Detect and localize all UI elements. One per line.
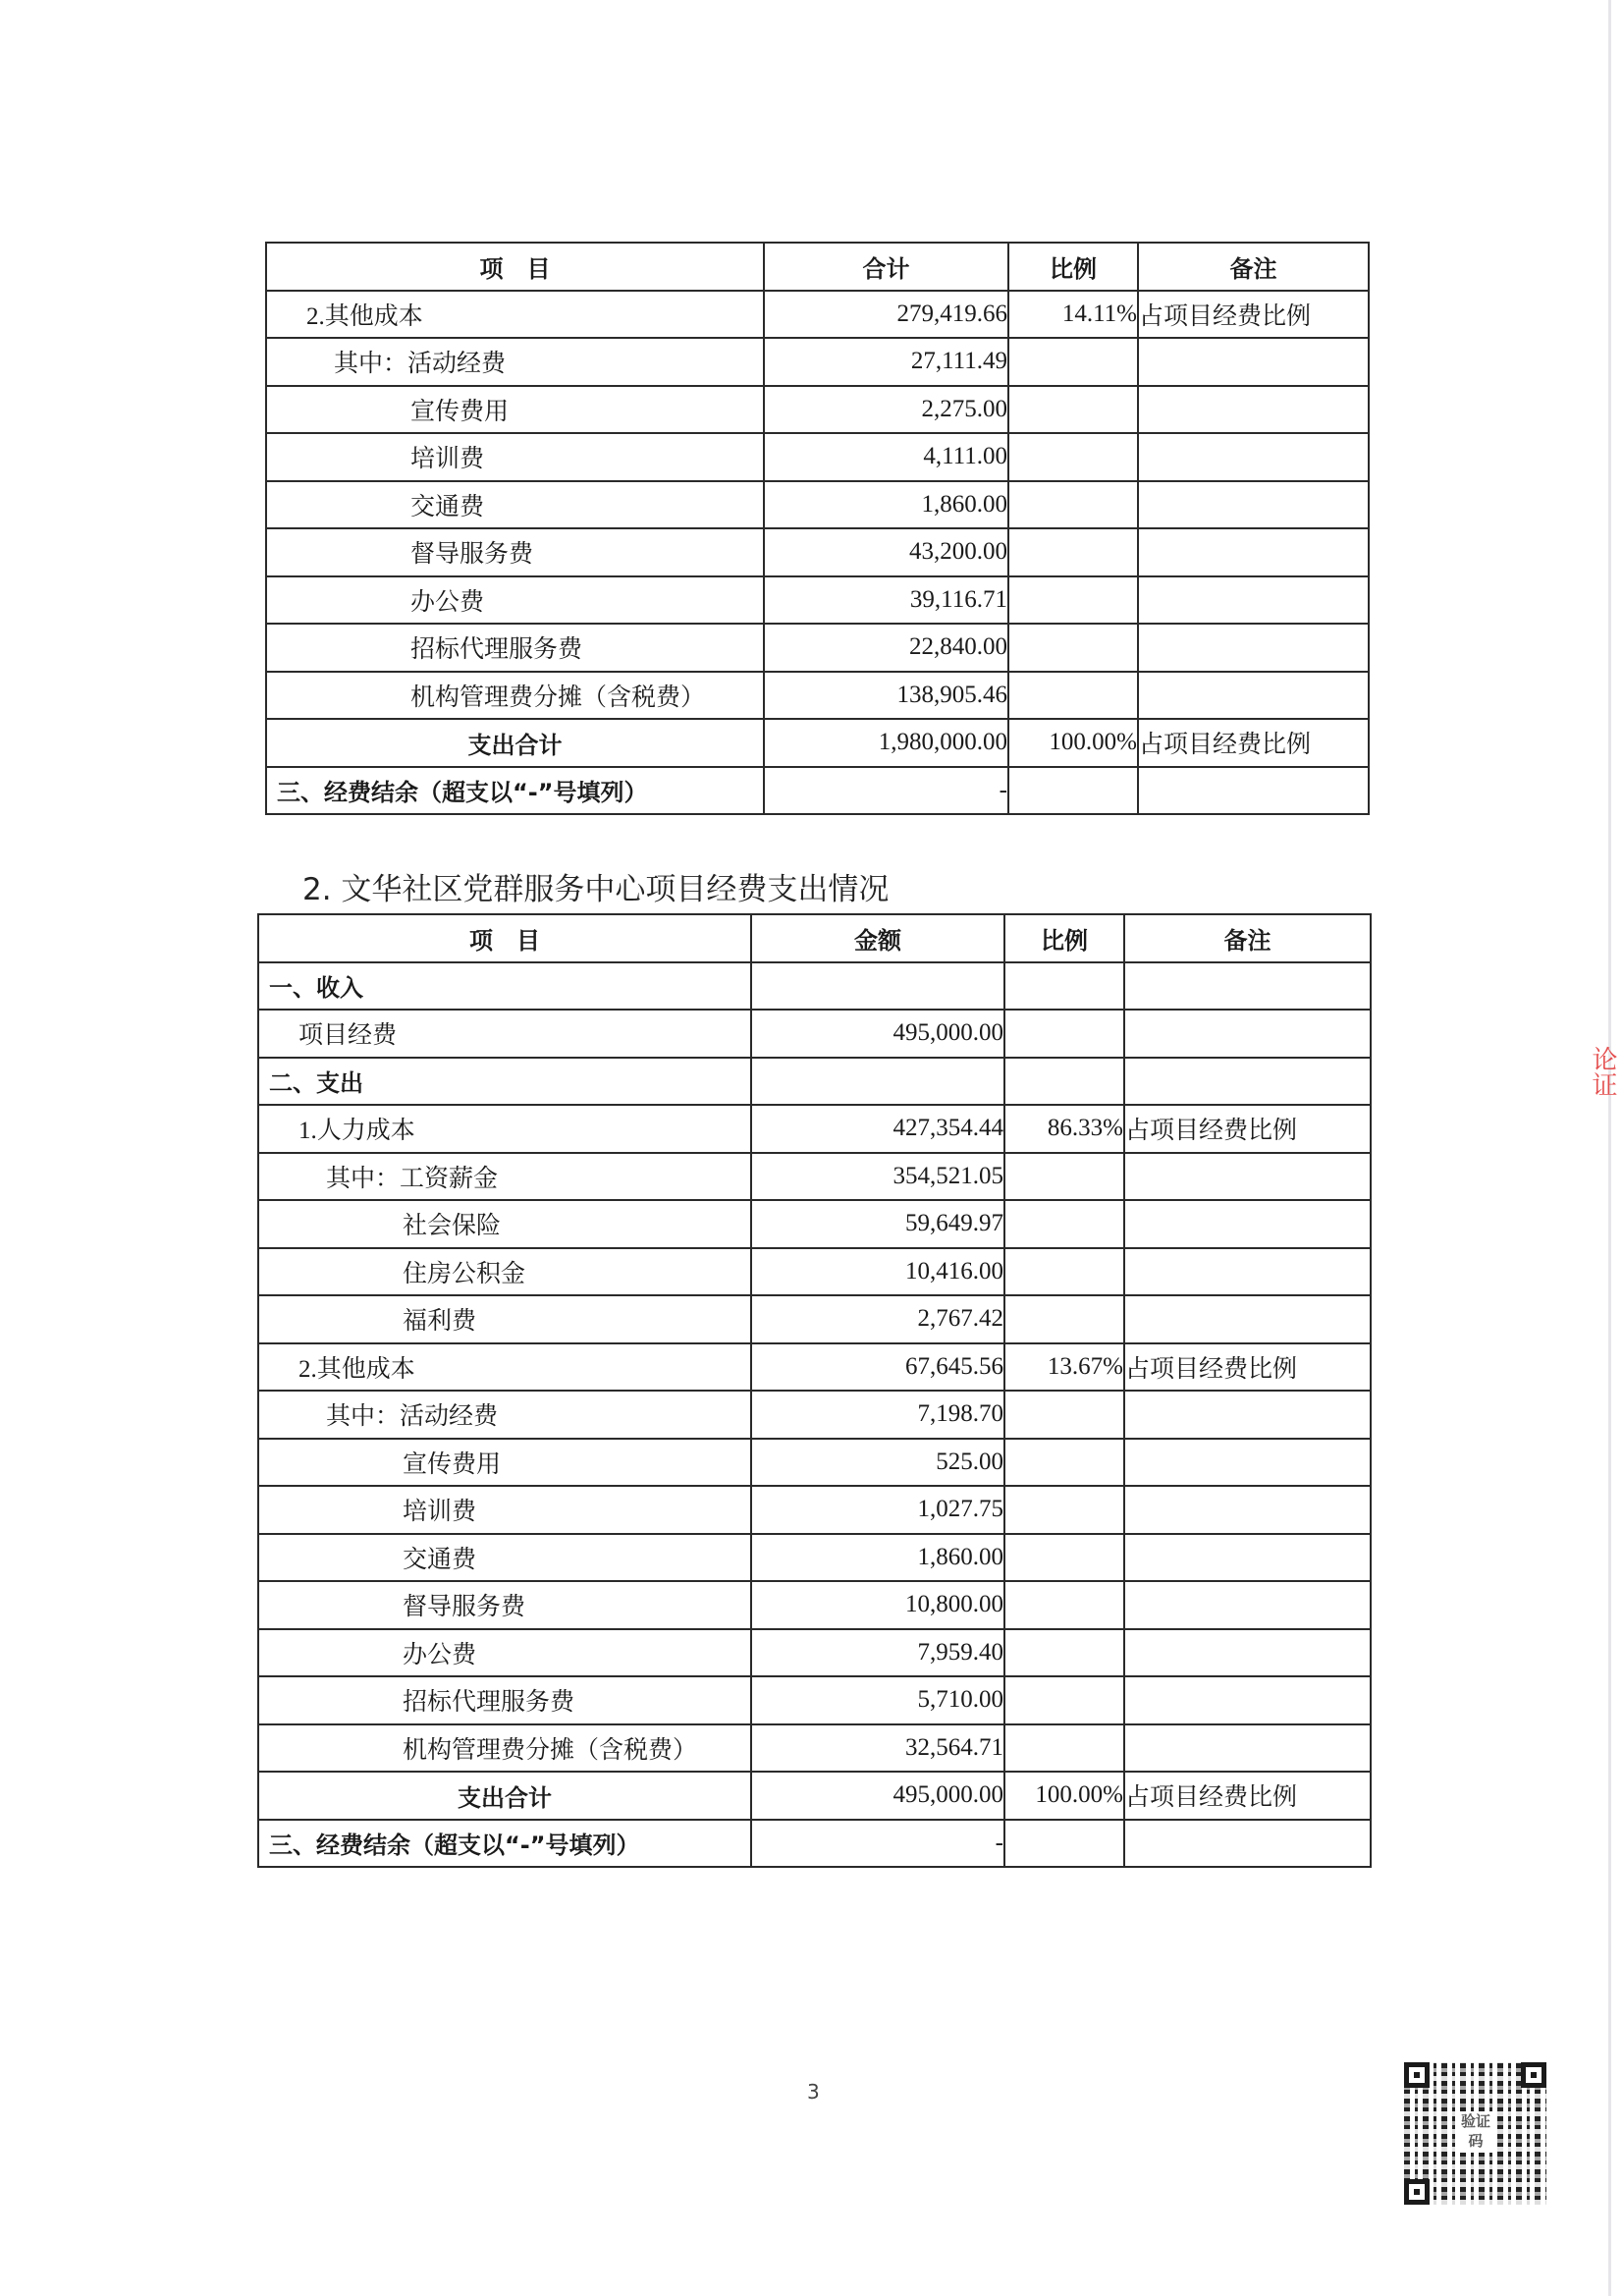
- row-amount: 1,860.00: [751, 1534, 1004, 1582]
- row-amount: 495,000.00: [751, 1010, 1004, 1058]
- verification-qr-code: 验证 码: [1404, 2062, 1546, 2205]
- row-item-label: 培训费: [258, 1486, 751, 1534]
- table-row: 社会保险59,649.97: [258, 1200, 1371, 1248]
- row-note: 占项目经费比例: [1124, 1772, 1371, 1820]
- row-amount: 43,200.00: [764, 528, 1008, 576]
- row-ratio: [1004, 1820, 1124, 1868]
- table-row: 培训费1,027.75: [258, 1486, 1371, 1534]
- qr-finder-icon: [1404, 2062, 1430, 2088]
- row-amount: 27,111.49: [764, 338, 1008, 386]
- row-ratio: [1004, 1676, 1124, 1724]
- row-item-label: 交通费: [258, 1534, 751, 1582]
- table-row: 督导服务费43,200.00: [266, 528, 1369, 576]
- row-note: [1124, 1391, 1371, 1439]
- table-header-row: 项 目 金额 比例 备注: [258, 914, 1371, 962]
- row-amount: [751, 962, 1004, 1011]
- row-amount: 1,860.00: [764, 481, 1008, 529]
- row-amount: 1,027.75: [751, 1486, 1004, 1534]
- header-amount: 金额: [751, 914, 1004, 962]
- row-item-label: 2.其他成本: [258, 1343, 751, 1392]
- row-note: [1124, 1058, 1371, 1106]
- row-ratio: [1008, 767, 1138, 815]
- row-note: 占项目经费比例: [1124, 1105, 1371, 1153]
- row-amount: 2,767.42: [751, 1295, 1004, 1343]
- table-row: 招标代理服务费5,710.00: [258, 1676, 1371, 1724]
- header-note: 备注: [1124, 914, 1371, 962]
- row-item-label: 其中：工资薪金: [258, 1153, 751, 1201]
- table-row: 培训费4,111.00: [266, 433, 1369, 481]
- row-amount: 1,980,000.00: [764, 719, 1008, 767]
- table-row: 办公费39,116.71: [266, 576, 1369, 625]
- row-note: [1124, 1629, 1371, 1677]
- table-row: 交通费1,860.00: [258, 1534, 1371, 1582]
- row-item-label: 社会保险: [258, 1200, 751, 1248]
- header-ratio: 比例: [1008, 243, 1138, 291]
- row-amount: 10,416.00: [751, 1248, 1004, 1296]
- row-note: [1124, 1010, 1371, 1058]
- table-row: 支出合计1,980,000.00100.00%占项目经费比例: [266, 719, 1369, 767]
- row-item-label: 招标代理服务费: [266, 624, 764, 672]
- qr-center-label: 验证 码: [1457, 2111, 1494, 2153]
- row-note: [1124, 1295, 1371, 1343]
- table-row: 项目经费495,000.00: [258, 1010, 1371, 1058]
- row-amount: 525.00: [751, 1439, 1004, 1487]
- row-ratio: [1004, 1058, 1124, 1106]
- row-item-label: 机构管理费分摊（含税费）: [258, 1724, 751, 1773]
- page-number: 3: [807, 2080, 820, 2104]
- row-ratio: [1004, 1724, 1124, 1773]
- row-ratio: 14.11%: [1008, 291, 1138, 339]
- table-row: 福利费2,767.42: [258, 1295, 1371, 1343]
- row-ratio: [1008, 433, 1138, 481]
- row-ratio: [1008, 338, 1138, 386]
- table-row: 招标代理服务费22,840.00: [266, 624, 1369, 672]
- row-note: [1124, 1820, 1371, 1868]
- row-ratio: 100.00%: [1008, 719, 1138, 767]
- row-amount: 32,564.71: [751, 1724, 1004, 1773]
- table-row: 督导服务费10,800.00: [258, 1581, 1371, 1629]
- row-amount: 2,275.00: [764, 386, 1008, 434]
- row-ratio: [1004, 1248, 1124, 1296]
- row-amount: 10,800.00: [751, 1581, 1004, 1629]
- qr-label-line1: 验证: [1457, 2111, 1494, 2131]
- table-row: 宣传费用2,275.00: [266, 386, 1369, 434]
- row-note: [1124, 1153, 1371, 1201]
- row-note: [1124, 1486, 1371, 1534]
- table-header-row: 项 目 合计 比例 备注: [266, 243, 1369, 291]
- row-amount: 279,419.66: [764, 291, 1008, 339]
- red-seal-stamp-edge: 论证: [1593, 1046, 1622, 1164]
- wenhua-expense-table: 项 目 金额 比例 备注 一、收入项目经费495,000.00二、支出1.人力成…: [257, 913, 1372, 1868]
- row-item-label: 支出合计: [258, 1772, 751, 1820]
- row-item-label: 项目经费: [258, 1010, 751, 1058]
- table-row: 其中：活动经费27,111.49: [266, 338, 1369, 386]
- row-ratio: [1004, 1486, 1124, 1534]
- table-row: 三、经费结余（超支以“-”号填列）-: [258, 1820, 1371, 1868]
- table-row: 2.其他成本67,645.5613.67%占项目经费比例: [258, 1343, 1371, 1392]
- row-ratio: [1004, 1581, 1124, 1629]
- row-item-label: 支出合计: [266, 719, 764, 767]
- row-item-label: 福利费: [258, 1295, 751, 1343]
- row-item-label: 培训费: [266, 433, 764, 481]
- row-note: [1138, 672, 1369, 720]
- row-item-label: 办公费: [258, 1629, 751, 1677]
- row-amount: 4,111.00: [764, 433, 1008, 481]
- row-ratio: [1008, 576, 1138, 625]
- row-note: [1138, 481, 1369, 529]
- row-item-label: 督导服务费: [258, 1581, 751, 1629]
- row-note: [1124, 962, 1371, 1011]
- row-item-label: 其中：活动经费: [258, 1391, 751, 1439]
- row-note: [1138, 528, 1369, 576]
- qr-label-line2: 码: [1457, 2131, 1494, 2151]
- row-note: [1138, 576, 1369, 625]
- table-row: 宣传费用525.00: [258, 1439, 1371, 1487]
- row-note: [1124, 1200, 1371, 1248]
- expense-table-continued: 项 目 合计 比例 备注 2.其他成本279,419.6614.11%占项目经费…: [265, 242, 1370, 815]
- row-item-label: 1.人力成本: [258, 1105, 751, 1153]
- row-note: [1124, 1534, 1371, 1582]
- qr-finder-icon: [1521, 2062, 1546, 2088]
- row-ratio: [1004, 1010, 1124, 1058]
- table-row: 办公费7,959.40: [258, 1629, 1371, 1677]
- row-amount: 5,710.00: [751, 1676, 1004, 1724]
- row-note: [1124, 1248, 1371, 1296]
- header-item: 项 目: [266, 243, 764, 291]
- header-item: 项 目: [258, 914, 751, 962]
- row-item-label: 其中：活动经费: [266, 338, 764, 386]
- header-ratio: 比例: [1004, 914, 1124, 962]
- row-item-label: 三、经费结余（超支以“-”号填列）: [258, 1820, 751, 1868]
- row-item-label: 一、收入: [258, 962, 751, 1011]
- row-item-label: 三、经费结余（超支以“-”号填列）: [266, 767, 764, 815]
- row-note: [1124, 1724, 1371, 1773]
- table-row: 机构管理费分摊（含税费）138,905.46: [266, 672, 1369, 720]
- table-row: 三、经费结余（超支以“-”号填列）-: [266, 767, 1369, 815]
- row-ratio: [1004, 1629, 1124, 1677]
- row-item-label: 宣传费用: [258, 1439, 751, 1487]
- table-row: 机构管理费分摊（含税费）32,564.71: [258, 1724, 1371, 1773]
- row-amount: -: [751, 1820, 1004, 1868]
- row-ratio: 13.67%: [1004, 1343, 1124, 1392]
- row-item-label: 招标代理服务费: [258, 1676, 751, 1724]
- table-row: 2.其他成本279,419.6614.11%占项目经费比例: [266, 291, 1369, 339]
- row-note: [1138, 386, 1369, 434]
- row-amount: 39,116.71: [764, 576, 1008, 625]
- row-note: [1124, 1676, 1371, 1724]
- row-item-label: 机构管理费分摊（含税费）: [266, 672, 764, 720]
- row-ratio: 100.00%: [1004, 1772, 1124, 1820]
- table-row: 交通费1,860.00: [266, 481, 1369, 529]
- row-item-label: 交通费: [266, 481, 764, 529]
- qr-finder-icon: [1404, 2179, 1430, 2205]
- row-amount: 427,354.44: [751, 1105, 1004, 1153]
- row-ratio: 86.33%: [1004, 1105, 1124, 1153]
- row-amount: -: [764, 767, 1008, 815]
- row-amount: 354,521.05: [751, 1153, 1004, 1201]
- table-row: 住房公积金10,416.00: [258, 1248, 1371, 1296]
- row-amount: 7,198.70: [751, 1391, 1004, 1439]
- row-ratio: [1008, 672, 1138, 720]
- table-row: 1.人力成本427,354.4486.33%占项目经费比例: [258, 1105, 1371, 1153]
- table-row: 支出合计495,000.00100.00%占项目经费比例: [258, 1772, 1371, 1820]
- row-amount: 22,840.00: [764, 624, 1008, 672]
- row-note: [1138, 338, 1369, 386]
- row-note: [1138, 433, 1369, 481]
- row-item-label: 住房公积金: [258, 1248, 751, 1296]
- row-note: 占项目经费比例: [1124, 1343, 1371, 1392]
- row-amount: 59,649.97: [751, 1200, 1004, 1248]
- row-ratio: [1004, 1534, 1124, 1582]
- row-item-label: 办公费: [266, 576, 764, 625]
- row-note: [1138, 624, 1369, 672]
- row-ratio: [1008, 481, 1138, 529]
- header-amount: 合计: [764, 243, 1008, 291]
- row-ratio: [1004, 1153, 1124, 1201]
- table-row: 其中：工资薪金354,521.05: [258, 1153, 1371, 1201]
- table-row: 二、支出: [258, 1058, 1371, 1106]
- row-amount: 67,645.56: [751, 1343, 1004, 1392]
- row-amount: 7,959.40: [751, 1629, 1004, 1677]
- table-row: 一、收入: [258, 962, 1371, 1011]
- row-ratio: [1004, 1295, 1124, 1343]
- row-amount: [751, 1058, 1004, 1106]
- row-ratio: [1008, 624, 1138, 672]
- row-item-label: 2.其他成本: [266, 291, 764, 339]
- row-note: [1124, 1439, 1371, 1487]
- row-item-label: 宣传费用: [266, 386, 764, 434]
- section-title: 2. 文华社区党群服务中心项目经费支出情况: [302, 864, 889, 908]
- row-note: 占项目经费比例: [1138, 291, 1369, 339]
- row-amount: 495,000.00: [751, 1772, 1004, 1820]
- row-ratio: [1004, 1200, 1124, 1248]
- row-ratio: [1004, 1439, 1124, 1487]
- row-item-label: 二、支出: [258, 1058, 751, 1106]
- row-ratio: [1004, 962, 1124, 1011]
- header-note: 备注: [1138, 243, 1369, 291]
- row-note: 占项目经费比例: [1138, 719, 1369, 767]
- row-ratio: [1004, 1391, 1124, 1439]
- row-item-label: 督导服务费: [266, 528, 764, 576]
- row-ratio: [1008, 386, 1138, 434]
- row-note: [1124, 1581, 1371, 1629]
- row-note: [1138, 767, 1369, 815]
- table-row: 其中：活动经费7,198.70: [258, 1391, 1371, 1439]
- row-ratio: [1008, 528, 1138, 576]
- row-amount: 138,905.46: [764, 672, 1008, 720]
